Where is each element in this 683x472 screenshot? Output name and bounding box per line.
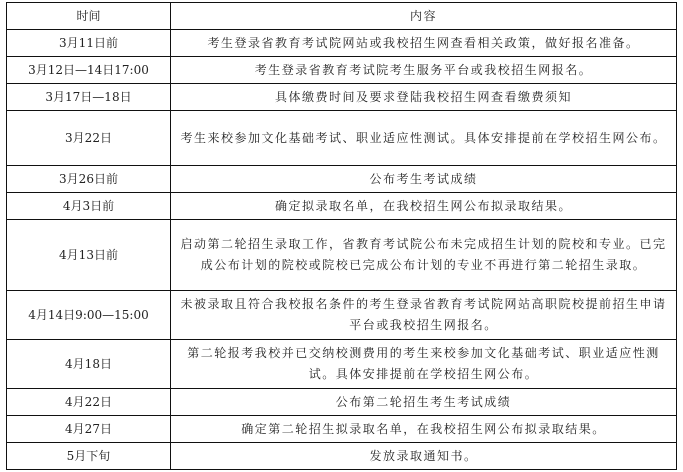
row-content: 考生登录省教育考试院考生服务平台或我校招生网报名。: [171, 57, 677, 84]
row-content: 确定拟录取名单，在我校招生网公布拟录取结果。: [171, 193, 677, 220]
table-row: 4月3日前 确定拟录取名单，在我校招生网公布拟录取结果。: [7, 193, 677, 220]
row-time: 4月18日: [7, 340, 171, 389]
header-content: 内容: [171, 3, 677, 30]
row-content: 启动第二轮招生录取工作，省教育考试院公布未完成招生计划的院校和专业。已完成公布计…: [171, 220, 677, 291]
table-row: 4月22日 公布第二轮招生考生考试成绩: [7, 389, 677, 416]
row-content: 公布第二轮招生考生考试成绩: [171, 389, 677, 416]
table-row: 4月13日前 启动第二轮招生录取工作，省教育考试院公布未完成招生计划的院校和专业…: [7, 220, 677, 291]
row-content: 第二轮报考我校并已交纳校测费用的考生来校参加文化基础考试、职业适应性测试。具体安…: [171, 340, 677, 389]
row-content: 公布考生考试成绩: [171, 166, 677, 193]
table-row: 4月18日 第二轮报考我校并已交纳校测费用的考生来校参加文化基础考试、职业适应性…: [7, 340, 677, 389]
row-content: 考生登录省教育考试院网站或我校招生网查看相关政策，做好报名准备。: [171, 30, 677, 57]
table-row: 3月22日 考生来校参加文化基础考试、职业适应性测试。具体安排提前在学校招生网公…: [7, 111, 677, 166]
row-time: 3月17日—18日: [7, 84, 171, 111]
table-row: 3月11日前 考生登录省教育考试院网站或我校招生网查看相关政策，做好报名准备。: [7, 30, 677, 57]
row-time: 4月27日: [7, 416, 171, 443]
row-time: 5月下旬: [7, 443, 171, 470]
row-content: 未被录取且符合我校报名条件的考生登录省教育考试院网站高职院校提前招生申请平台或我…: [171, 291, 677, 340]
row-time: 3月11日前: [7, 30, 171, 57]
row-content: 确定第二轮招生拟录取名单，在我校招生网公布拟录取结果。: [171, 416, 677, 443]
admission-schedule-table: 时间 内容 3月11日前 考生登录省教育考试院网站或我校招生网查看相关政策，做好…: [6, 2, 677, 470]
row-time: 4月22日: [7, 389, 171, 416]
table-header-row: 时间 内容: [7, 3, 677, 30]
table-row: 4月27日 确定第二轮招生拟录取名单，在我校招生网公布拟录取结果。: [7, 416, 677, 443]
row-time: 3月12日—14日17:00: [7, 57, 171, 84]
row-time: 3月26日前: [7, 166, 171, 193]
row-time: 4月13日前: [7, 220, 171, 291]
table-row: 3月17日—18日 具体缴费时间及要求登陆我校招生网查看缴费须知: [7, 84, 677, 111]
row-time: 3月22日: [7, 111, 171, 166]
row-content: 具体缴费时间及要求登陆我校招生网查看缴费须知: [171, 84, 677, 111]
table-row: 5月下旬 发放录取通知书。: [7, 443, 677, 470]
table-row: 4月14日9:00—15:00 未被录取且符合我校报名条件的考生登录省教育考试院…: [7, 291, 677, 340]
row-content: 考生来校参加文化基础考试、职业适应性测试。具体安排提前在学校招生网公布。: [171, 111, 677, 166]
row-time: 4月14日9:00—15:00: [7, 291, 171, 340]
header-time: 时间: [7, 3, 171, 30]
row-time: 4月3日前: [7, 193, 171, 220]
row-content: 发放录取通知书。: [171, 443, 677, 470]
table-row: 3月12日—14日17:00 考生登录省教育考试院考生服务平台或我校招生网报名。: [7, 57, 677, 84]
table-row: 3月26日前 公布考生考试成绩: [7, 166, 677, 193]
